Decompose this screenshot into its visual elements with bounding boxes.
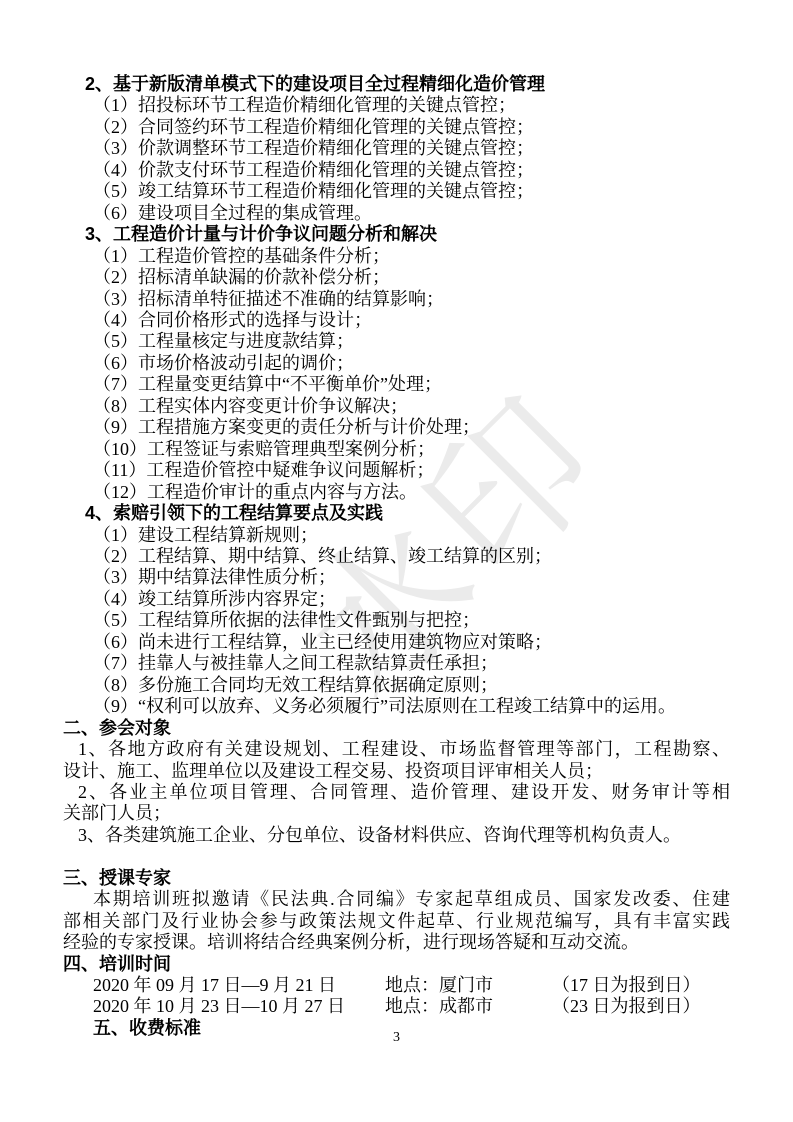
- document-page: { "page_number": "3", "watermark": { "te…: [0, 0, 793, 1122]
- blank-line: [63, 846, 730, 867]
- list-item: （3）价款调整环节工程造价精细化管理的关键点管控；: [63, 138, 730, 159]
- list-item: （8）多份施工合同均无效工程结算依据确定原则；: [63, 675, 730, 696]
- paragraph-line: 部相关部门及行业协会参与政策法规文件起草、行业规范编写，具有丰富实践: [63, 911, 730, 932]
- list-item: （5）工程结算所依据的法律性文件甄别与把控；: [63, 610, 730, 631]
- list-item: （8）工程实体内容变更计价争议解决；: [63, 396, 730, 417]
- paragraph-line: 经验的专家授课。培训将结合经典案例分析，进行现场答疑和互动交流。: [63, 932, 730, 953]
- paragraph-line: 设计、施工、监理单位以及建设工程交易、投资项目评审相关人员；: [63, 761, 730, 782]
- list-item: （4）合同价格形式的选择与设计；: [63, 310, 730, 331]
- list-item: （2）工程结算、期中结算、终止结算、竣工结算的区别；: [63, 546, 730, 567]
- list-item: （4）竣工结算所涉内容界定；: [63, 589, 730, 610]
- list-item: （12）工程造价审计的重点内容与方法。: [63, 482, 730, 503]
- list-item: （6）尚未进行工程结算，业主已经使用建筑物应对策略；: [63, 632, 730, 653]
- paragraph-line: 1、各地方政府有关建设规划、工程建设、市场监督管理等部门，工程勘察、: [63, 739, 730, 760]
- list-item: （6）建设项目全过程的集成管理。: [63, 203, 730, 224]
- list-item: （2）合同签约环节工程造价精细化管理的关键点管控；: [63, 117, 730, 138]
- paragraph-line: 2、各业主单位项目管理、合同管理、造价管理、建设开发、财务审计等相: [63, 782, 730, 803]
- list-item: （2）招标清单缺漏的价款补偿分析；: [63, 267, 730, 288]
- schedule-note: （17 日为报到日）: [552, 975, 701, 995]
- list-item: （1）招投标环节工程造价精细化管理的关键点管控；: [63, 95, 730, 116]
- schedule-row: 2020 年 09 月 17 日—9 月 21 日地点：厦门市（17 日为报到日…: [63, 975, 730, 996]
- list-item: （6）市场价格波动引起的调价；: [63, 353, 730, 374]
- section-heading: 二、参会对象: [63, 718, 730, 739]
- list-item: （9）“权利可以放弃、义务必须履行”司法原则在工程竣工结算中的运用。: [63, 696, 730, 717]
- list-item: （9）工程措施方案变更的责任分析与计价处理；: [63, 417, 730, 438]
- list-item: （7）挂靠人与被挂靠人之间工程款结算责任承担；: [63, 653, 730, 674]
- page-number: 3: [0, 1030, 793, 1046]
- paragraph-line: 本期培训班拟邀请《民法典.合同编》专家起草组成员、国家发改委、住建: [63, 889, 730, 910]
- list-item: （11）工程造价管控中疑难争议问题解析；: [63, 460, 730, 481]
- list-item: （1）建设工程结算新规则；: [63, 525, 730, 546]
- schedule-date: 2020 年 09 月 17 日—9 月 21 日: [93, 975, 385, 996]
- schedule-row: 2020 年 10 月 23 日—10 月 27 日地点：成都市（23 日为报到…: [63, 996, 730, 1017]
- schedule-date: 2020 年 10 月 23 日—10 月 27 日: [93, 996, 385, 1017]
- schedule-note: （23 日为报到日）: [552, 996, 701, 1016]
- section-heading: 四、培训时间: [63, 954, 730, 975]
- list-item: （4）价款支付环节工程造价精细化管理的关键点管控；: [63, 160, 730, 181]
- paragraph-line: 3、各类建筑施工企业、分包单位、设备材料供应、咨询代理等机构负责人。: [63, 825, 730, 846]
- section-heading: 三、授课专家: [63, 868, 730, 889]
- sub-heading: 4、索赔引领下的工程结算要点及实践: [63, 503, 730, 524]
- schedule-location: 地点：厦门市: [385, 975, 552, 996]
- list-item: （7）工程量变更结算中“不平衡单价”处理；: [63, 374, 730, 395]
- list-item: （1）工程造价管控的基础条件分析；: [63, 246, 730, 267]
- schedule-location: 地点：成都市: [385, 996, 552, 1017]
- document-body: 2、基于新版清单模式下的建设项目全过程精细化造价管理（1）招投标环节工程造价精细…: [0, 0, 793, 1039]
- list-item: （5）工程量核定与进度款结算；: [63, 331, 730, 352]
- paragraph-line: 关部门人员；: [63, 803, 730, 824]
- sub-heading: 3、工程造价计量与计价争议问题分析和解决: [63, 224, 730, 245]
- list-item: （3）期中结算法律性质分析；: [63, 567, 730, 588]
- list-item: （5）竣工结算环节工程造价精细化管理的关键点管控；: [63, 181, 730, 202]
- list-item: （10）工程签证与索赔管理典型案例分析；: [63, 439, 730, 460]
- sub-heading: 2、基于新版清单模式下的建设项目全过程精细化造价管理: [63, 74, 730, 95]
- list-item: （3）招标清单特征描述不准确的结算影响；: [63, 289, 730, 310]
